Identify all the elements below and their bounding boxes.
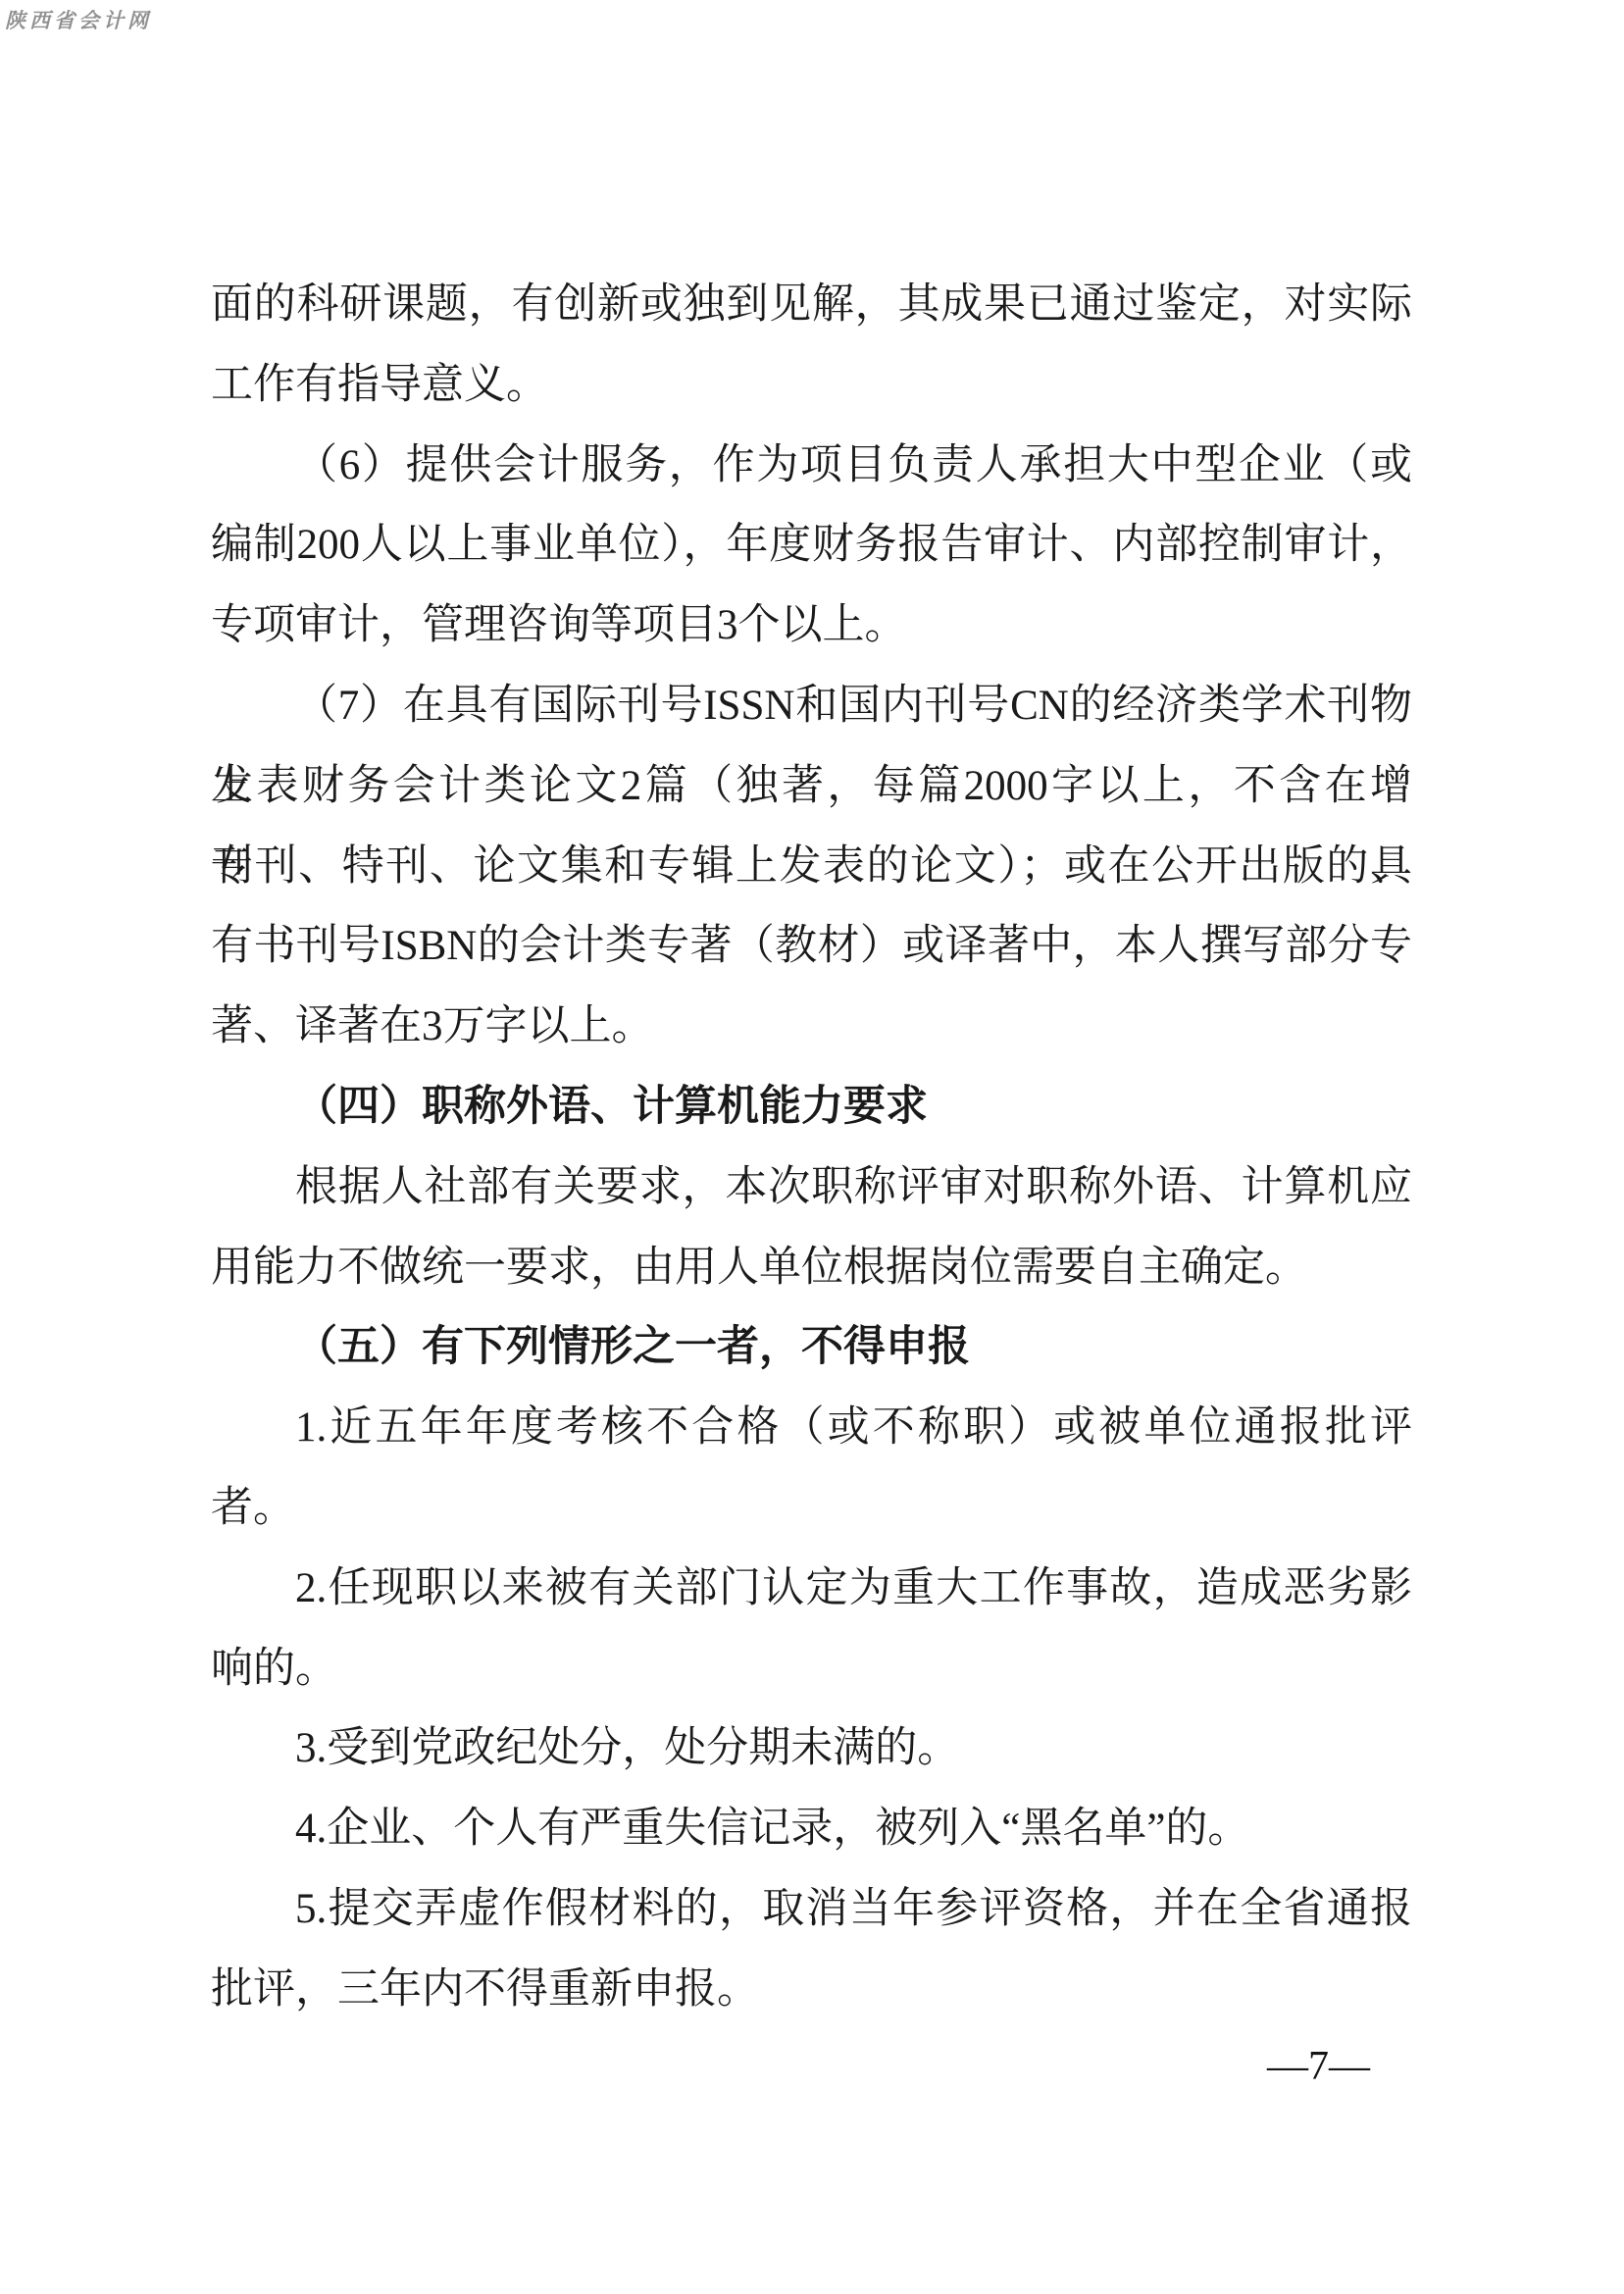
text-line: 有书刊号ISBN的会计类专著（教材）或译著中，本人撰写部分专 [211, 906, 1412, 987]
text-line: 工作有指导意义。 [211, 345, 1412, 426]
page-number: —7— [1267, 2042, 1370, 2091]
text-line: 用能力不做统一要求，由用人单位根据岗位需要自主确定。 [211, 1228, 1412, 1308]
section-heading: （四）职称外语、计算机能力要求 [211, 1067, 1412, 1147]
text-line: 3.受到党政纪处分，处分期未满的。 [211, 1708, 1412, 1789]
text-line: 专刊、特刊、论文集和专辑上发表的论文）；或在公开出版的具 [211, 827, 1412, 907]
watermark: 陕西省会计网 [5, 5, 152, 34]
text-line: 面的科研课题，有创新或独到见解，其成果已通过鉴定，对实际 [211, 265, 1412, 345]
text-line: （6）提供会计服务，作为项目负责人承担大中型企业（或 [211, 426, 1412, 506]
text-line: 1.近五年年度考核不合格（或不称职）或被单位通报批评 [211, 1388, 1412, 1468]
text-line: 根据人社部有关要求，本次职称评审对职称外语、计算机应 [211, 1147, 1412, 1228]
section-heading: （五）有下列情形之一者，不得申报 [211, 1307, 1412, 1388]
text-line: 批评，三年内不得重新申报。 [211, 1950, 1412, 2030]
text-line: 响的。 [211, 1629, 1412, 1709]
text-line: 著、译著在3万字以上。 [211, 987, 1412, 1067]
text-line: 5.提交弄虚作假材料的，取消当年参评资格，并在全省通报 [211, 1869, 1412, 1950]
text-line: 专项审计，管理咨询等项目3个以上。 [211, 586, 1412, 666]
text-line: 者。 [211, 1468, 1412, 1549]
text-line: 编制200人以上事业单位），年度财务报告审计、内部控制审计， [211, 505, 1412, 586]
document-body: 面的科研课题，有创新或独到见解，其成果已通过鉴定，对实际 工作有指导意义。 （6… [211, 265, 1412, 2030]
text-line: （7）在具有国际刊号ISSN和国内刊号CN的经济类学术刊物上 [211, 666, 1412, 746]
text-line: 发表财务会计类论文2篇（独著，每篇2000字以上，不含在增刊、 [211, 746, 1412, 827]
text-line: 4.企业、个人有严重失信记录，被列入“黑名单”的。 [211, 1789, 1412, 1869]
text-line: 2.任现职以来被有关部门认定为重大工作事故，造成恶劣影 [211, 1549, 1412, 1629]
